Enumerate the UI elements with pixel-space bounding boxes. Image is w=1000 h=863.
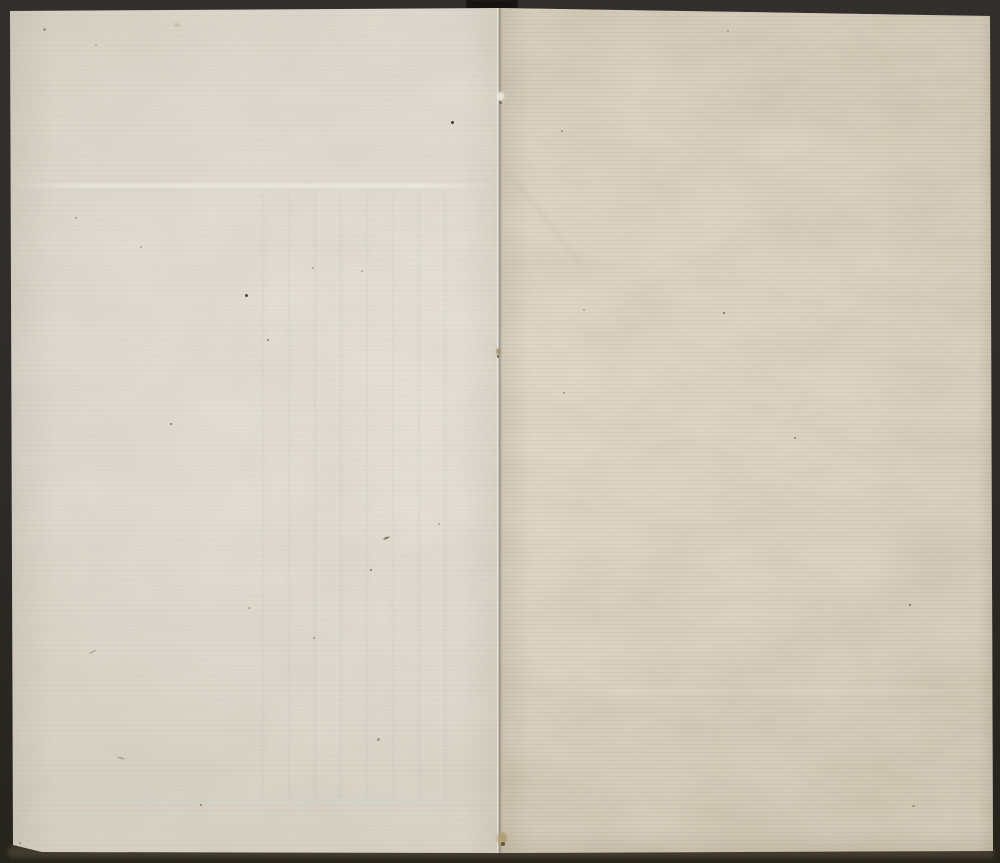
scanned-book-spread: [0, 0, 1000, 863]
center-fold: [497, 8, 503, 853]
